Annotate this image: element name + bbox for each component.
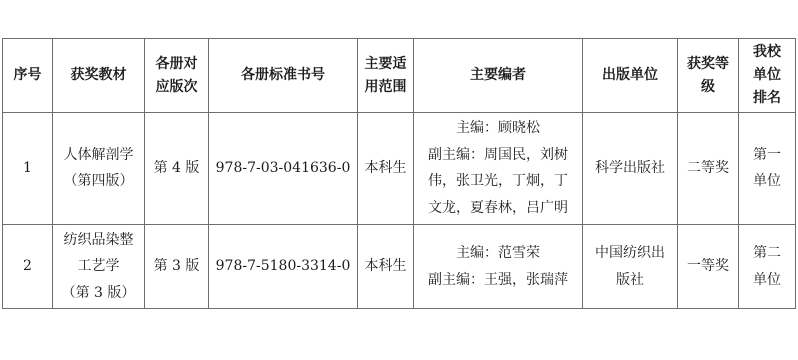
header-serial: 序号 <box>3 39 53 113</box>
award-textbook-table: 序号 获奖教材 各册对 应版次 各册标准书号 主要适 用范围 主要编者 出版单位… <box>2 38 796 309</box>
cell-rank: 第一 单位 <box>739 113 796 224</box>
header-isbn: 各册标准书号 <box>209 39 358 113</box>
cell-scope: 本科生 <box>358 224 414 309</box>
header-scope: 主要适 用范围 <box>358 39 414 113</box>
cell-edition: 第 4 版 <box>145 113 209 224</box>
document-page: 序号 获奖教材 各册对 应版次 各册标准书号 主要适 用范围 主要编者 出版单位… <box>0 0 798 360</box>
cell-award: 一等奖 <box>678 224 739 309</box>
cell-editors: 主编：范雪荣 副主编：王强，张瑞萍 <box>414 224 583 309</box>
cell-editors: 主编：顾晓松 副主编：周国民，刘树 伟，张卫光，丁炯，丁 文龙，夏春林，吕广明 <box>414 113 583 224</box>
cell-rank: 第二 单位 <box>739 224 796 309</box>
cell-textbook: 人体解剖学 （第四版） <box>53 113 145 224</box>
cell-publisher: 科学出版社 <box>583 113 678 224</box>
cell-award: 二等奖 <box>678 113 739 224</box>
cell-serial: 2 <box>3 224 53 309</box>
cell-serial: 1 <box>3 113 53 224</box>
header-edition: 各册对 应版次 <box>145 39 209 113</box>
header-editors: 主要编者 <box>414 39 583 113</box>
cell-isbn: 978-7-03-041636-0 <box>209 113 358 224</box>
header-textbook: 获奖教材 <box>53 39 145 113</box>
table-row: 2 纺织品染整 工艺学 （第 3 版） 第 3 版 978-7-5180-331… <box>3 224 796 309</box>
table-row: 1 人体解剖学 （第四版） 第 4 版 978-7-03-041636-0 本科… <box>3 113 796 224</box>
header-award: 获奖等 级 <box>678 39 739 113</box>
cell-publisher: 中国纺织出 版社 <box>583 224 678 309</box>
table-header-row: 序号 获奖教材 各册对 应版次 各册标准书号 主要适 用范围 主要编者 出版单位… <box>3 39 796 113</box>
cell-textbook: 纺织品染整 工艺学 （第 3 版） <box>53 224 145 309</box>
header-publisher: 出版单位 <box>583 39 678 113</box>
cell-isbn: 978-7-5180-3314-0 <box>209 224 358 309</box>
cell-edition: 第 3 版 <box>145 224 209 309</box>
header-rank: 我校 单位 排名 <box>739 39 796 113</box>
cell-scope: 本科生 <box>358 113 414 224</box>
